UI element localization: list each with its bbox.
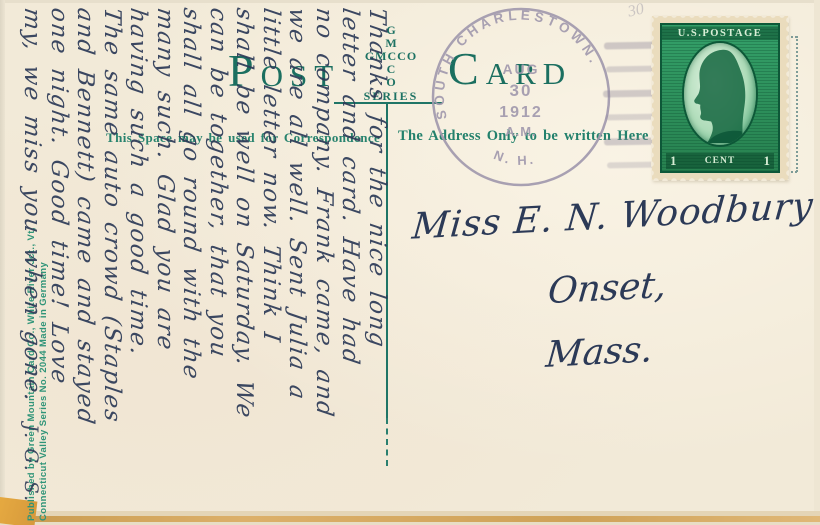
cancellation-bar	[607, 162, 657, 169]
address-town: Onset,	[546, 265, 668, 312]
stamp-denomination: 1 CENT 1	[666, 153, 774, 169]
message-line: The same auto crowd (Staples	[99, 6, 126, 510]
message-line: Thanks for the nice long	[364, 6, 391, 510]
message-line: shall all go round with the	[178, 6, 205, 510]
stamp-perforation-left	[651, 16, 657, 180]
scan-edge-left	[0, 0, 5, 525]
message-line: we are all well. Sent Julia a	[284, 6, 311, 510]
postmark-meridiem: A.M.	[505, 124, 536, 139]
message-line: no company. Frank came, and	[311, 6, 338, 510]
message-line: can be together, that you	[205, 6, 232, 510]
message-line: one night. Good time! Love	[46, 6, 73, 510]
message-line: letter and card. Have had	[337, 6, 364, 510]
stamp-top-label: U.S.POSTAGE	[662, 27, 778, 40]
postage-stamp: U.S.POSTAGE 1 CENT 1	[652, 16, 788, 180]
postmark-year: 1912	[499, 104, 543, 121]
stamp-denom-left: 1	[670, 153, 677, 169]
scan-edge-top	[0, 0, 820, 3]
message-line: having such a good time.	[125, 6, 152, 510]
scan-edge-right	[814, 0, 820, 525]
message-line: many such. Glad you are	[152, 6, 179, 510]
postmark-state-arc: N. H.	[492, 147, 537, 168]
address-state: Mass.	[544, 329, 654, 376]
stamp-portrait-oval	[684, 43, 756, 145]
stamp-perforation-right	[783, 16, 789, 180]
message-line: and Bennett) came and stayed	[72, 6, 99, 510]
stamp-frame: U.S.POSTAGE 1 CENT 1	[660, 23, 780, 173]
washington-profile-icon	[684, 43, 756, 145]
stamp-denom-word: CENT	[705, 156, 735, 166]
postmark-month: AUG	[502, 61, 539, 77]
message-line: shall be well on Saturday. We	[231, 6, 258, 510]
stamp-perforation-top	[652, 15, 788, 21]
stamp-guide-dotted-vertical	[796, 36, 798, 172]
message-line: little letter now. Think I	[258, 6, 285, 510]
pencil-note: 30	[626, 1, 645, 22]
postcard-back: POST CARD G M GMCCO C O SERIES This Spac…	[0, 0, 820, 525]
address-recipient: Miss E. N. Woodbury	[410, 185, 815, 247]
stamp-perforation-bottom	[652, 175, 788, 181]
postmark: SOUTH CHARLESTOWN. N. H. AUG 30 1912 A.M…	[428, 4, 614, 190]
handwritten-message: Thanks for the nice long letter and card…	[18, 8, 390, 508]
stamp-denom-right: 1	[764, 153, 771, 169]
message-signature: J. G. S.	[20, 424, 42, 503]
postmark-day: 30	[510, 81, 533, 100]
